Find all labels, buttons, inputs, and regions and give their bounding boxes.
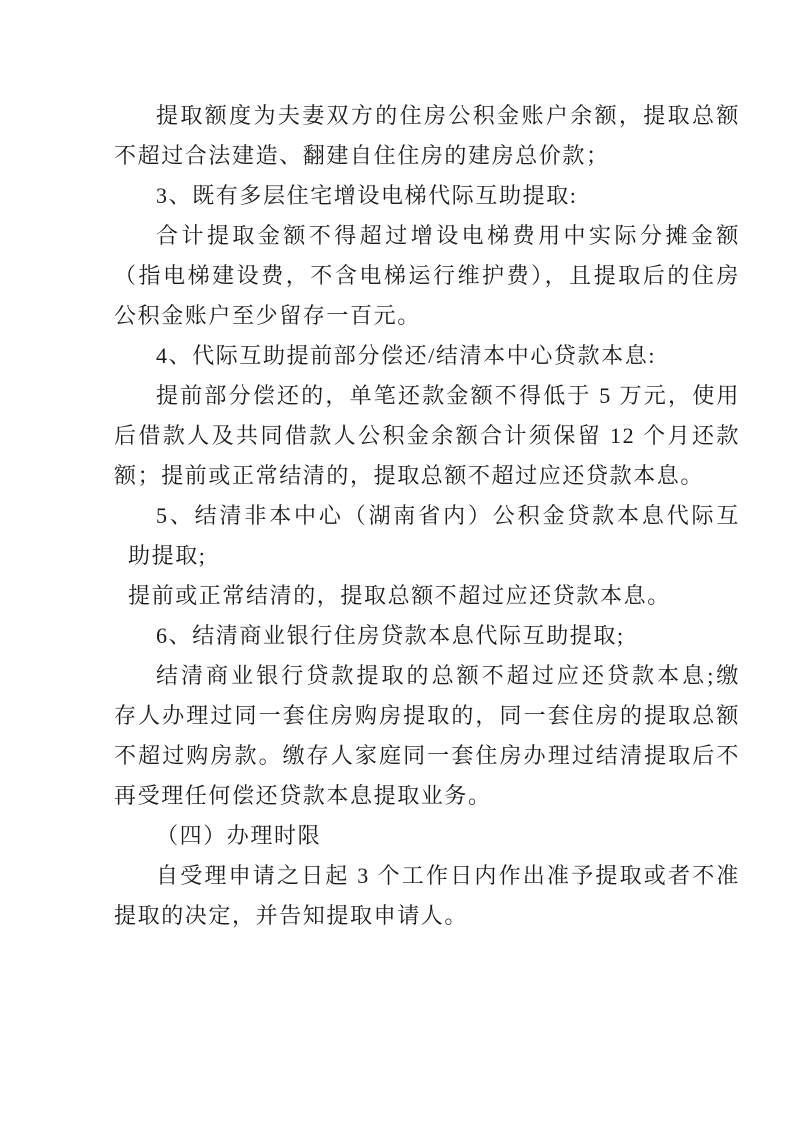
text-line: 提前部分偿还的，单笔还款金额不得低于 5 万元，使用 [114, 376, 740, 416]
text-line: 4、代际互助提前部分偿还/结清本中心贷款本息: [114, 336, 740, 376]
text-line: （四）办理时限 [114, 816, 740, 856]
text-line: 不超过购房款。缴存人家庭同一套住房办理过结清提取后不 [114, 736, 740, 776]
text-line: 合计提取金额不得超过增设电梯费用中实际分摊金额 [114, 216, 740, 256]
text-line: 存人办理过同一套住房购房提取的，同一套住房的提取总额 [114, 696, 740, 736]
text-line: 提前或正常结清的，提取总额不超过应还贷款本息。 [114, 576, 740, 616]
text-line: （指电梯建设费，不含电梯运行维护费），且提取后的住房 [114, 256, 740, 296]
text-line: 后借款人及共同借款人公积金余额合计须保留 12 个月还款 [114, 416, 740, 456]
document-page: 提取额度为夫妻双方的住房公积金账户余额，提取总额不超过合法建造、翻建自住住房的建… [0, 0, 794, 1122]
text-line: 再受理任何偿还贷款本息提取业务。 [114, 776, 740, 816]
text-line: 不超过合法建造、翻建自住住房的建房总价款； [114, 136, 740, 176]
text-line: 公积金账户至少留存一百元。 [114, 296, 740, 336]
text-line: 自受理申请之日起 3 个工作日内作出准予提取或者不准 [114, 856, 740, 896]
text-line: 提取的决定，并告知提取申请人。 [114, 896, 740, 936]
text-line: 结清商业银行贷款提取的总额不超过应还贷款本息;缴 [114, 656, 740, 696]
text-line: 6、结清商业银行住房贷款本息代际互助提取; [114, 616, 740, 656]
text-line: 提取额度为夫妻双方的住房公积金账户余额，提取总额 [114, 96, 740, 136]
text-line: 额；提前或正常结清的，提取总额不超过应还贷款本息。 [114, 456, 740, 496]
text-block: 提取额度为夫妻双方的住房公积金账户余额，提取总额不超过合法建造、翻建自住住房的建… [114, 96, 740, 936]
text-line: 3、既有多层住宅增设电梯代际互助提取: [114, 176, 740, 216]
text-line: 助提取; [114, 536, 740, 576]
text-line: 5、结清非本中心（湖南省内）公积金贷款本息代际互 [114, 496, 740, 536]
